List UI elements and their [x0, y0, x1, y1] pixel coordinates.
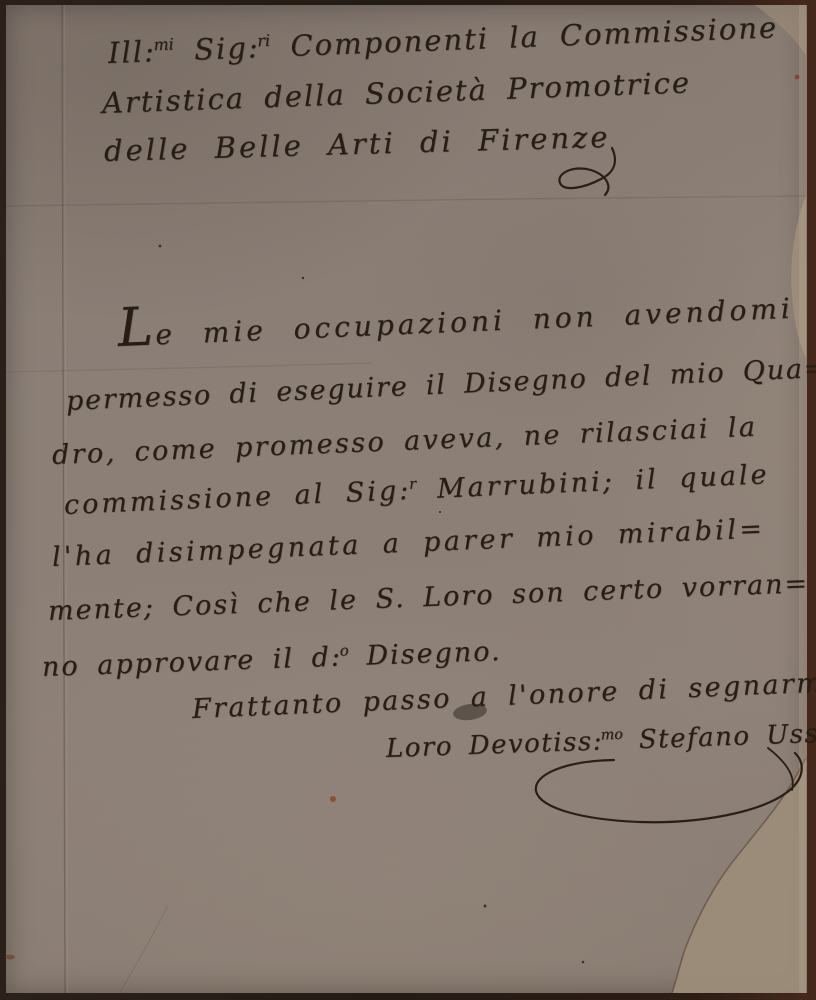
header-line-1-a: Ill:	[107, 34, 156, 70]
header-line-1-sup-a: mi	[153, 35, 174, 55]
photographed-letter: Ill:mi Sig:ri Componenti la Commissione …	[0, 0, 816, 1000]
signature-sup: mo	[600, 727, 623, 744]
body-line-7-b: Disegno.	[348, 636, 502, 672]
header-line-1-b: Sig:	[173, 30, 260, 67]
